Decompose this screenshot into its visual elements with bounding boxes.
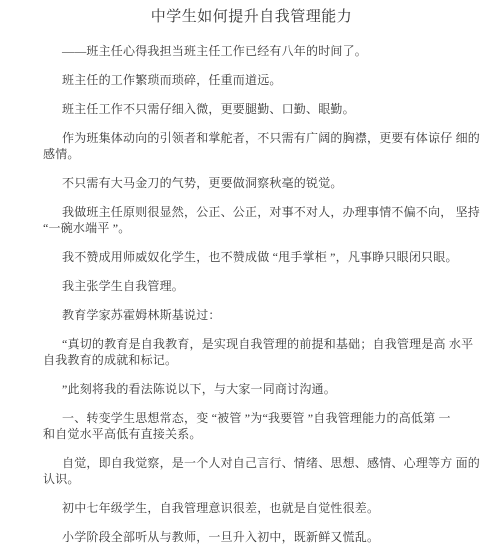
- paragraph: 初中七年级学生，自我管理意识很差，也就是自觉性很差。: [43, 500, 460, 516]
- paragraph: 小学阶段全部听从与教师，一旦升入初中，既新鲜又慌乱。: [43, 529, 460, 545]
- document-page: 中学生如何提升自我管理能力 ——班主任心得我担当班主任工作已经有八年的时间了。班…: [0, 0, 500, 552]
- paragraph: 我做班主任原则很显然，公正、公正，对事不对人，办理事情不偏不向， 坚持 “一碗水…: [43, 204, 460, 236]
- paragraph: 教育学家苏霍姆林斯基说过：: [43, 307, 460, 323]
- document-body: ——班主任心得我担当班主任工作已经有八年的时间了。班主任的工作繁琐而琐碎，任重而…: [43, 43, 460, 545]
- paragraph: 班主任工作不只需仔细入微，更要腿勤、口勤、眼勤。: [43, 101, 460, 117]
- paragraph: “真切的教育是自我教育，是实现自我管理的前提和基础；自我管理是高 水平 自我教育…: [43, 336, 460, 368]
- paragraph: 我主张学生自我管理。: [43, 278, 460, 294]
- paragraph: ”此刻将我的看法陈说以下，与大家一同商讨沟通。: [43, 381, 460, 397]
- paragraph: 一、转变学生思想常态，变 “被管 ”为“我要管 ”自我管理能力的高低第 一 和自…: [43, 410, 460, 442]
- paragraph: 不只需有大马金刀的气势，更要做洞察秋毫的锐觉。: [43, 175, 460, 191]
- paragraph: 班主任的工作繁琐而琐碎，任重而道远。: [43, 72, 460, 88]
- document-title: 中学生如何提升自我管理能力: [43, 8, 460, 26]
- paragraph: 自觉，即自我觉察，是一个人对自己言行、情绪、思想、感情、心理等方 面的 认识。: [43, 455, 460, 487]
- paragraph: 作为班集体动向的引领者和掌舵者，不只需有广阔的胸襟，更要有体谅仔 细的 感情。: [43, 130, 460, 162]
- paragraph: 我不赞成用师威奴化学生，也不赞成做 “甩手掌柜 ”，凡事睁只眼闭只眼。: [43, 249, 460, 265]
- paragraph: ——班主任心得我担当班主任工作已经有八年的时间了。: [43, 43, 460, 59]
